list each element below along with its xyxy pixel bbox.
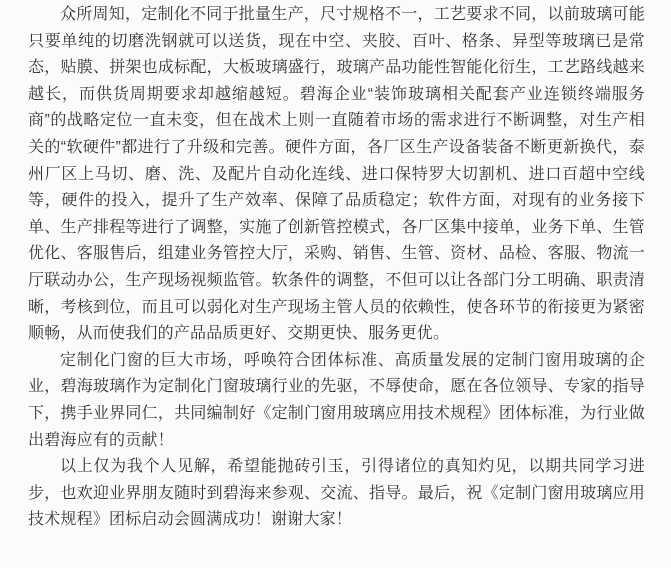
paragraph-market-mission: 定制化门窗的巨大市场，呼唤符合团体标准、高质量发展的定制门窗用玻璃的企业，碧海玻…: [28, 348, 645, 454]
paragraph-production-overview: 众所周知，定制化不同于批量生产，尺寸规格不一，工艺要求不同，以前玻璃可能只要单纯…: [28, 2, 645, 348]
paragraph-closing-remarks: 以上仅为我个人见解，希望能抛砖引玉，引得诸位的真知灼见，以期共同学习进步，也欢迎…: [28, 454, 645, 534]
document-body: 众所周知，定制化不同于批量生产，尺寸规格不一，工艺要求不同，以前玻璃可能只要单纯…: [0, 0, 671, 534]
